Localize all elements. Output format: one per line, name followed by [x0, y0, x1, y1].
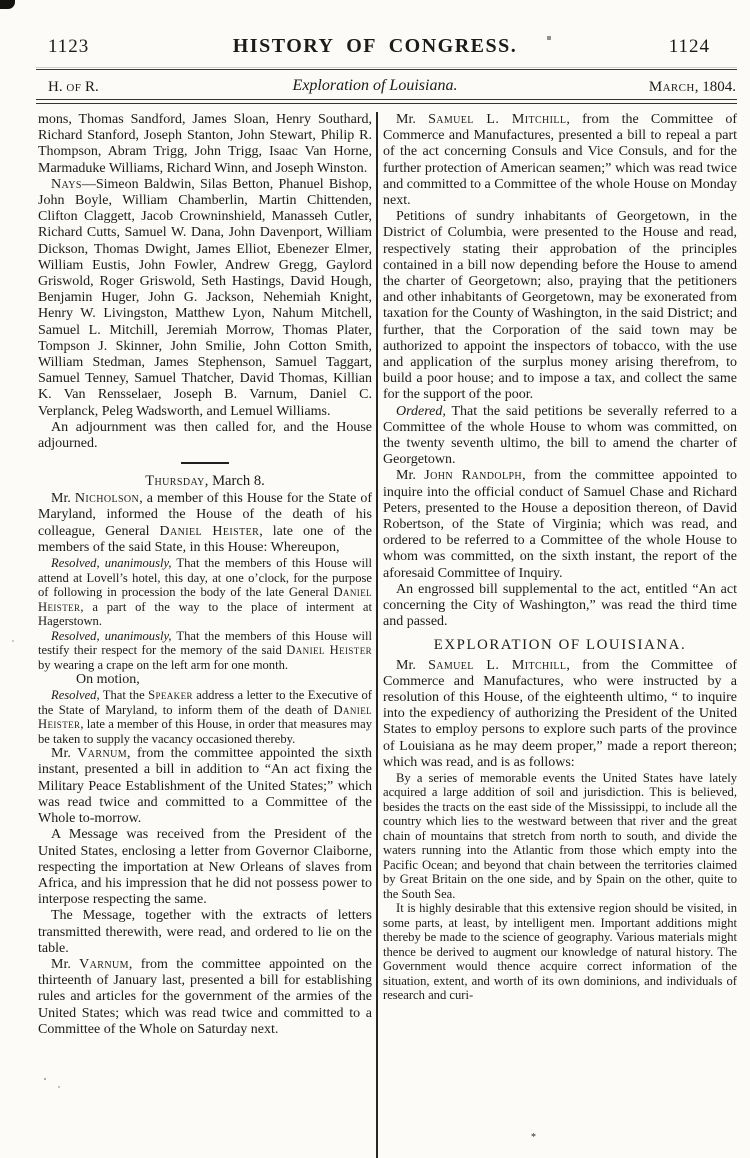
paragraph: Nays—Simeon Baldwin, Silas Betton, Phanu… [38, 177, 372, 420]
paragraph: An engrossed bill supplemental to the ac… [383, 582, 737, 631]
small-caps-name: Thursday [145, 473, 205, 489]
text-columns: mons, Thomas Sandford, James Sloan, Henr… [38, 112, 737, 1158]
small-caps-name: Daniel Heister [159, 524, 259, 539]
small-caps-name: Daniel Heister [38, 703, 372, 732]
paragraph: Petitions of sundry inhabitants of Georg… [383, 209, 737, 403]
left-column: mons, Thomas Sandford, James Sloan, Henr… [38, 112, 372, 1158]
paragraph: Mr. Samuel L. Mitchill, from the Committ… [383, 112, 737, 209]
paragraph: Resolved, unanimously, That the members … [38, 556, 372, 629]
small-caps-name: Speaker [148, 688, 193, 702]
scan-corner-artifact [0, 0, 15, 9]
small-caps-name: Daniel Heister [38, 585, 372, 614]
paragraph: The Message, together with the extracts … [38, 908, 372, 957]
paragraph: Resolved, unanimously, That the members … [38, 629, 372, 673]
small-caps-name: John Randolph [424, 468, 522, 483]
masthead-title: HISTORY OF CONGRESS. [0, 35, 750, 58]
section-divider-rule [181, 462, 229, 464]
paragraph: It is highly desirable that this extensi… [383, 901, 737, 1003]
paragraph: By a series of memorable events the Unit… [383, 771, 737, 902]
paragraph: Mr. Samuel L. Mitchill, from the Committ… [383, 658, 737, 771]
paragraph: Mr. John Randolph, from the committee ap… [383, 468, 737, 581]
small-caps-name: March [649, 79, 695, 95]
running-head-date: March, 1804. [649, 79, 736, 96]
running-head-title: Exploration of Louisiana. [0, 77, 750, 95]
header-rule-double [36, 99, 737, 104]
italic-term: Resolved, unanimously, [51, 629, 172, 643]
section-heading: EXPLORATION OF LOUISIANA. [383, 637, 737, 654]
paragraph: Ordered, That the said petitions be seve… [383, 404, 737, 469]
small-caps-name: Daniel Heister [286, 643, 372, 657]
paragraph: Mr. Varnum, from the committee appointed… [38, 957, 372, 1038]
scan-ink-speck: * [531, 1132, 536, 1143]
small-caps-name: Samuel L. Mitchill [428, 112, 566, 127]
page-number-right: 1124 [669, 36, 710, 58]
paragraph: Mr. Varnum, from the committee appointed… [38, 746, 372, 827]
paragraph: Resolved, That the Speaker address a let… [38, 688, 372, 746]
small-caps-name: Varnum [77, 746, 127, 761]
paragraph: On motion, [38, 672, 372, 688]
scan-speck-artifacts [0, 0, 2, 2]
italic-term: Resolved, [51, 688, 100, 702]
paragraph: mons, Thomas Sandford, James Sloan, Henr… [38, 112, 372, 177]
document-page: 1123 HISTORY OF CONGRESS. 1124 H. of R. … [0, 0, 750, 1158]
small-caps-name: Nicholson [75, 491, 139, 506]
italic-term: Ordered, [396, 404, 446, 419]
small-caps-name: Varnum [79, 957, 129, 972]
paragraph: An adjournment was then called for, and … [38, 420, 372, 452]
session-day-heading: Thursday, March 8. [38, 473, 372, 490]
right-column: Mr. Samuel L. Mitchill, from the Committ… [383, 112, 737, 1158]
small-caps-name: Nays [51, 177, 82, 192]
header-rule-top [36, 69, 737, 70]
italic-term: Resolved, unanimously, [51, 556, 172, 570]
paragraph: A Message was received from the Presiden… [38, 827, 372, 908]
column-divider-rule [376, 112, 378, 1158]
small-caps-name: Samuel L. Mitchill [428, 658, 566, 673]
paragraph: Mr. Nicholson, a member of this House fo… [38, 491, 372, 556]
